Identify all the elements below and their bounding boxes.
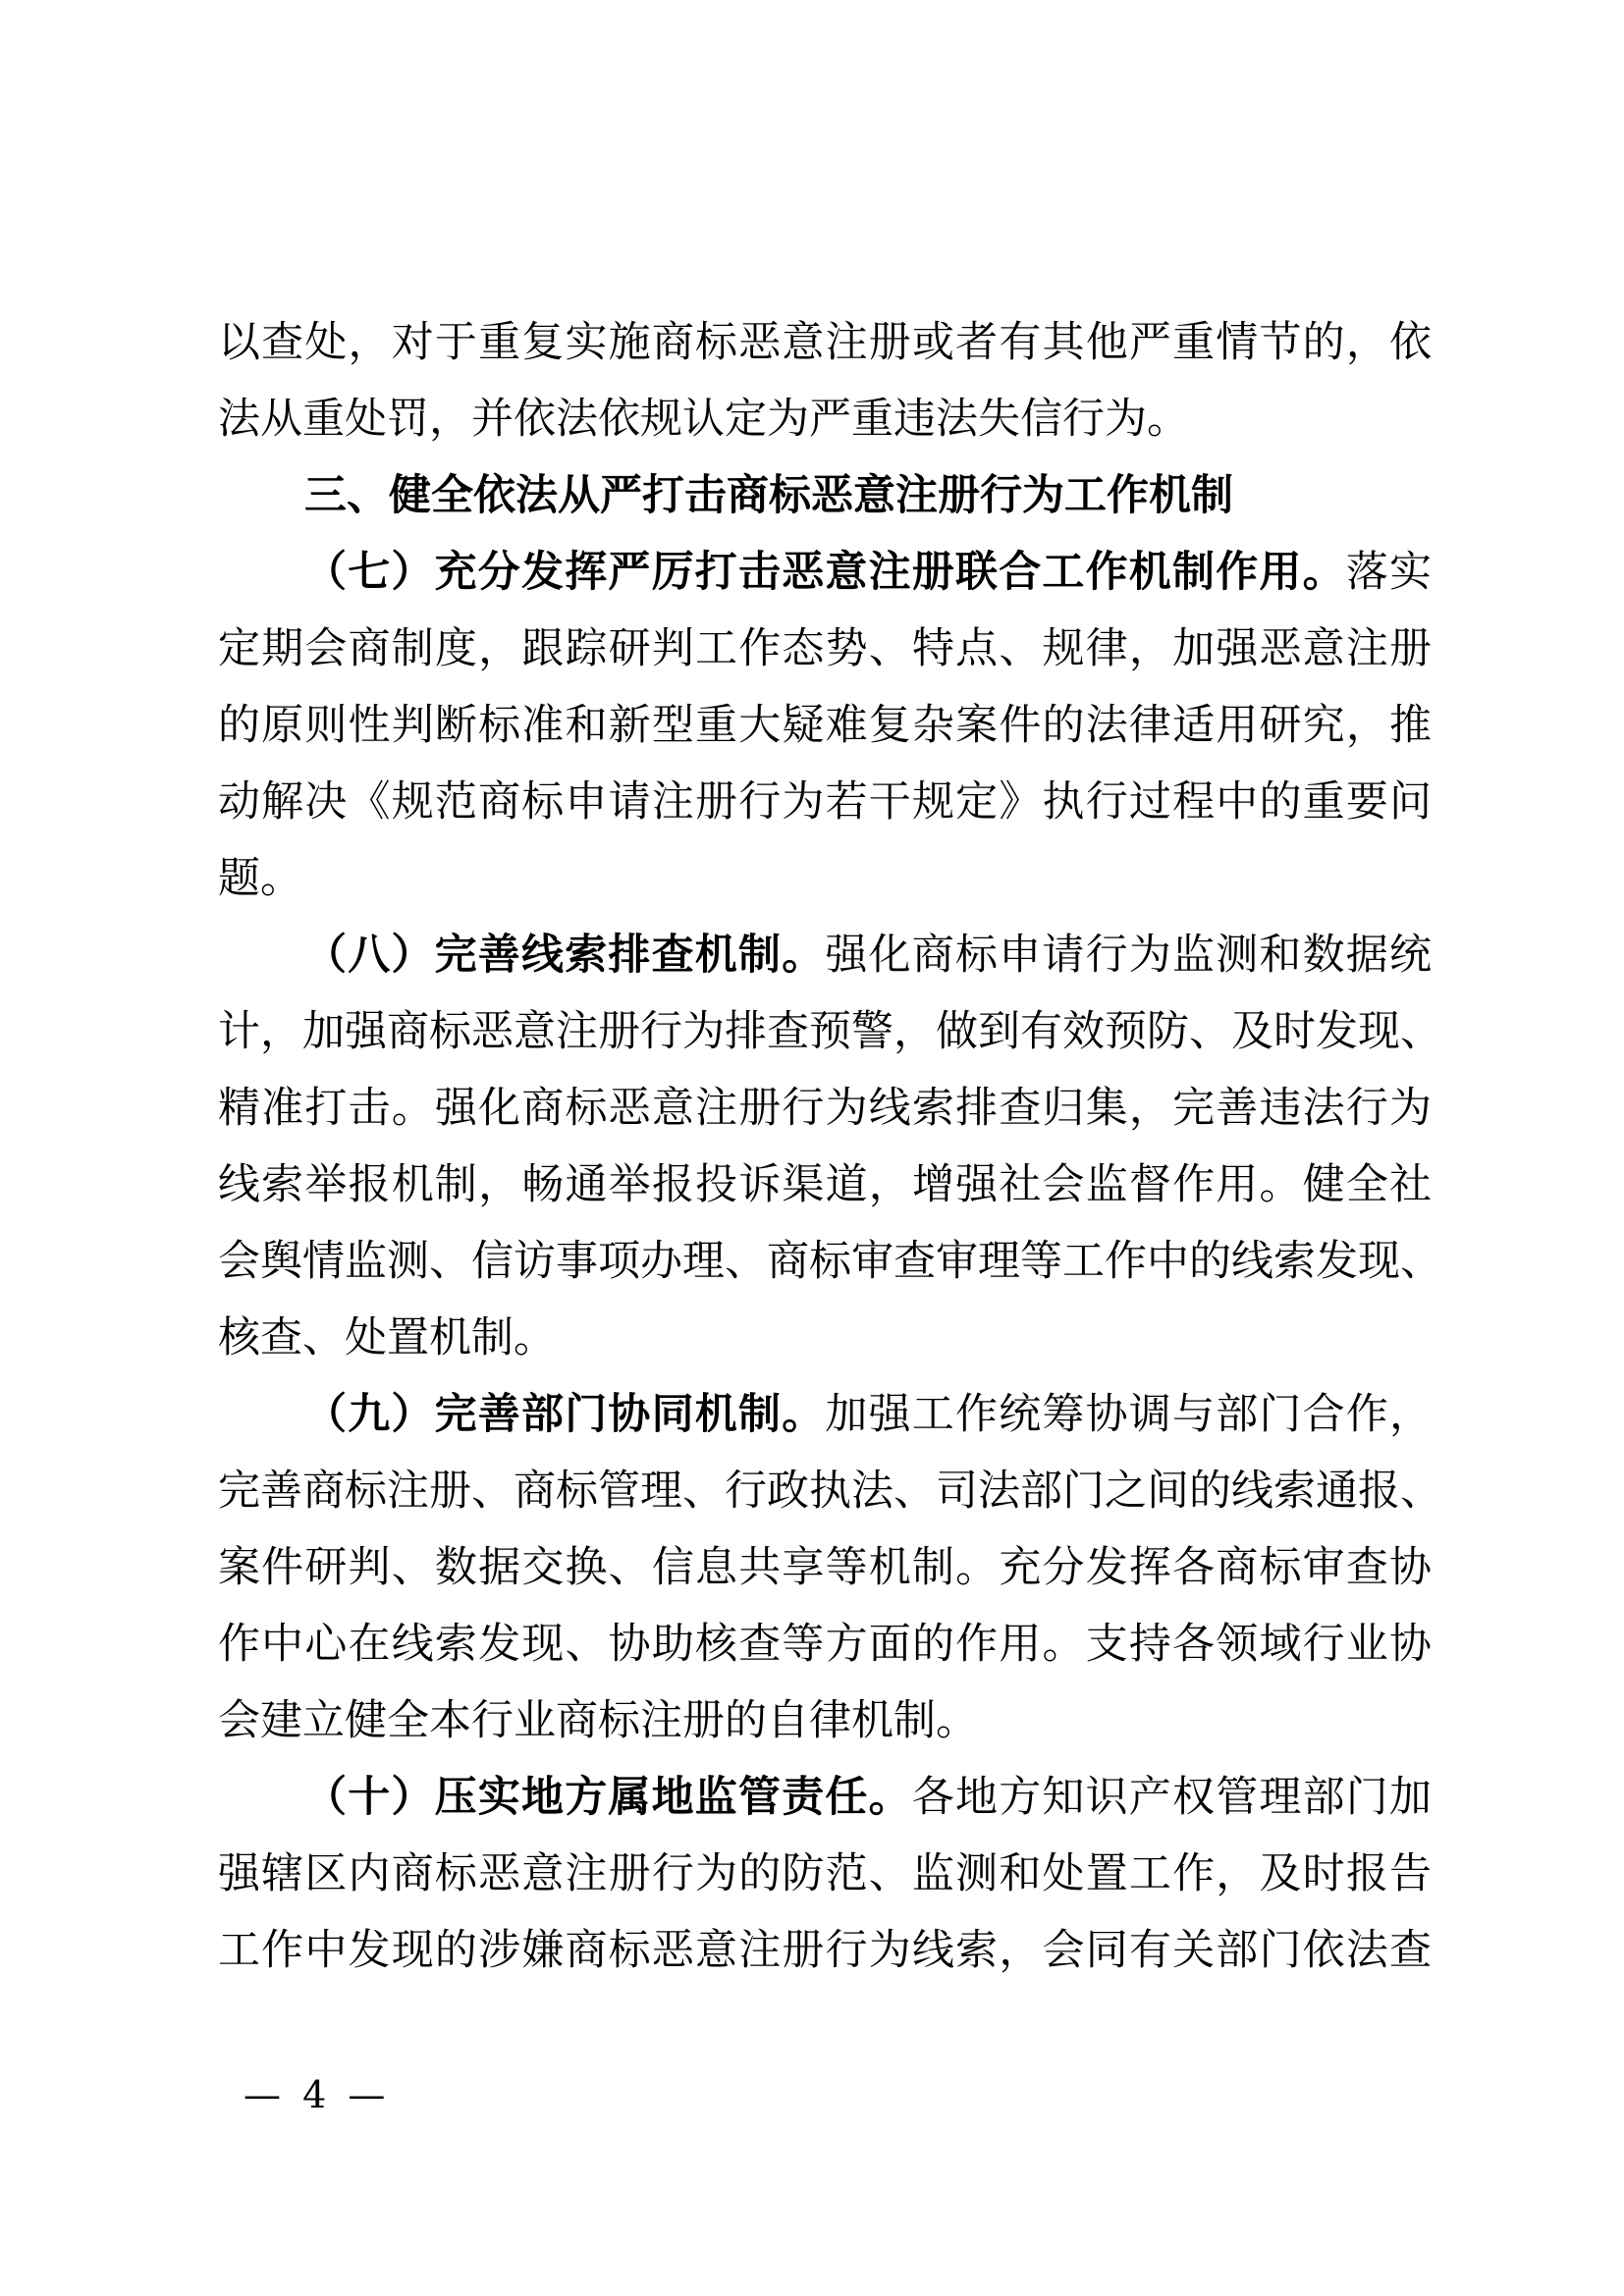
text-line: 法从重处罚，并依法依规认定为严重违法失信行为。 (218, 381, 1432, 457)
document-page: { "page": { "footer": { "text": "— 4 —",… (0, 0, 1624, 2296)
paragraph-lead: （九）完善部门协同机制。 (304, 1390, 825, 1439)
page-footer: — 4 — (244, 2067, 390, 2122)
text-line: 动解决《规范商标申请注册行为若干规定》执行过程中的重要问 (218, 764, 1432, 840)
text-line: （七）充分发挥严厉打击恶意注册联合工作机制作用。落实 (218, 534, 1432, 611)
page-number: — 4 — (244, 2073, 390, 2116)
text-line: 线索举报机制，畅通举报投诉渠道，增强社会监督作用。健全社 (218, 1147, 1432, 1223)
paragraph-lead: （八）完善线索排查机制。 (304, 931, 825, 980)
text-line: 案件研判、数据交换、信息共享等机制。充分发挥各商标审查协 (218, 1529, 1432, 1606)
text-line: 会建立健全本行业商标注册的自律机制。 (218, 1682, 1432, 1759)
text-line: 题。 (218, 840, 1432, 917)
text-line: 完善商标注册、商标管理、行政执法、司法部门之间的线索通报、 (218, 1453, 1432, 1529)
text-line: （九）完善部门协同机制。加强工作统筹协调与部门合作， (218, 1376, 1432, 1453)
text-line: 定期会商制度，跟踪研判工作态势、特点、规律，加强恶意注册 (218, 611, 1432, 687)
text-line: 以查处，对于重复实施商标恶意注册或者有其他严重情节的，依 (218, 304, 1432, 381)
text-line: 工作中发现的涉嫌商标恶意注册行为线索，会同有关部门依法查 (218, 1912, 1432, 1989)
text-line: 精准打击。强化商标恶意注册行为线索排查归集，完善违法行为 (218, 1070, 1432, 1147)
paragraph-lead: （七）充分发挥严厉打击恶意注册联合工作机制作用。 (304, 548, 1346, 597)
text-line: 的原则性判断标准和新型重大疑难复杂案件的法律适用研究，推 (218, 687, 1432, 764)
text-line: （八）完善线索排查机制。强化商标申请行为监测和数据统 (218, 917, 1432, 993)
text-line: 作中心在线索发现、协助核查等方面的作用。支持各领域行业协 (218, 1606, 1432, 1682)
text-line: 核查、处置机制。 (218, 1300, 1432, 1376)
text-line: 计，加强商标恶意注册行为排查预警，做到有效预防、及时发现、 (218, 993, 1432, 1070)
paragraph-lead: （十）压实地方属地监管责任。 (304, 1773, 912, 1822)
text-line: 强辖区内商标恶意注册行为的防范、监测和处置工作，及时报告 (218, 1836, 1432, 1912)
section-heading: 三、健全依法从严打击商标恶意注册行为工作机制 (218, 457, 1432, 534)
text-line: 会舆情监测、信访事项办理、商标审查审理等工作中的线索发现、 (218, 1223, 1432, 1300)
text-line: （十）压实地方属地监管责任。各地方知识产权管理部门加 (218, 1759, 1432, 1836)
document-body: 以查处，对于重复实施商标恶意注册或者有其他严重情节的，依法从重处罚，并依法依规认… (218, 304, 1432, 1989)
